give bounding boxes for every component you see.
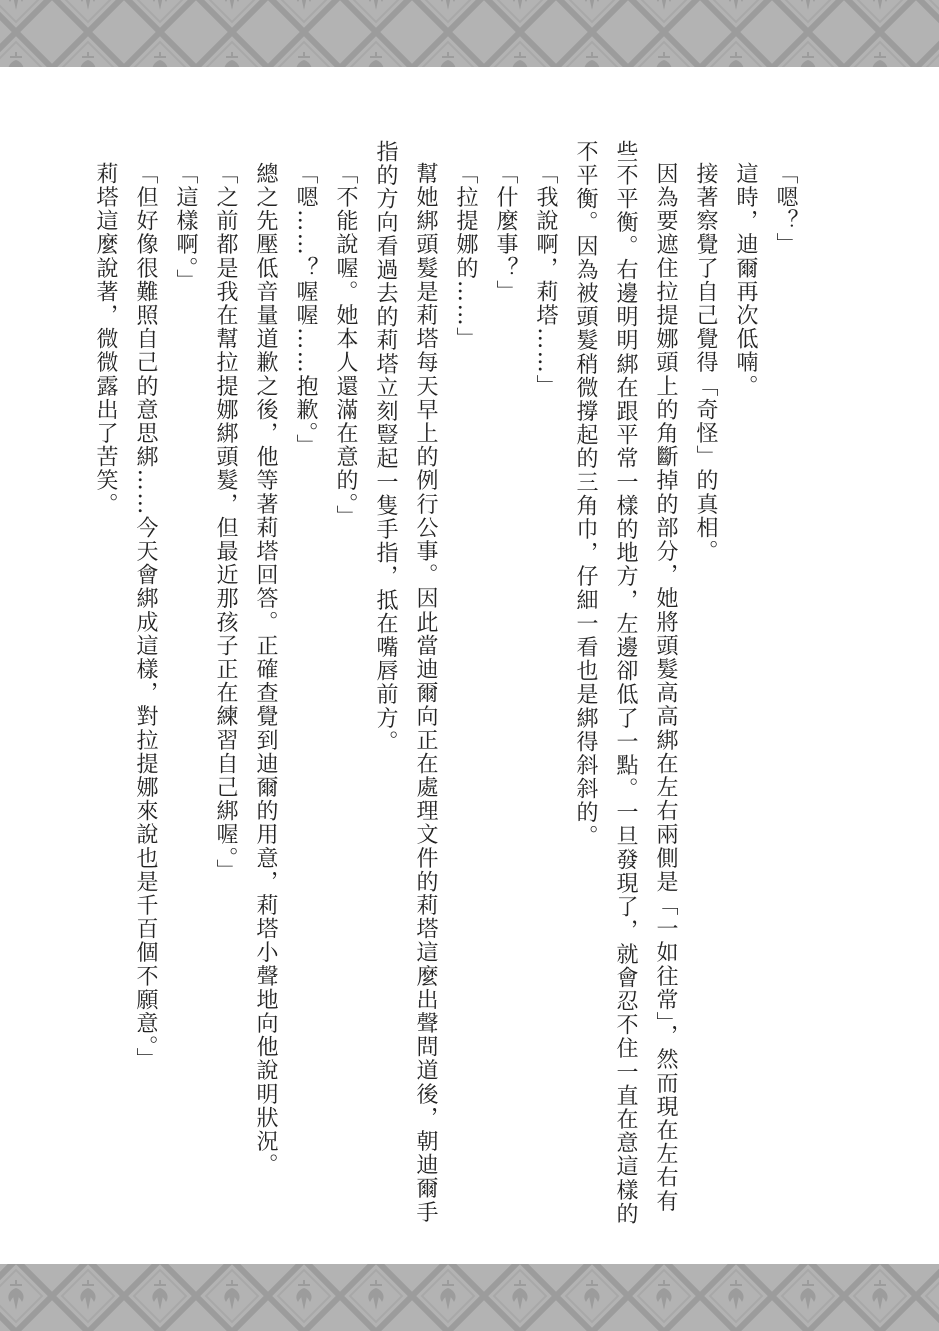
- paragraph: 「我說啊，莉塔……」: [525, 140, 565, 1230]
- decorative-header-band: [0, 0, 939, 67]
- paragraph: 這時，迪爾再次低喃。: [725, 140, 765, 1230]
- paragraph: 「嗯？」: [765, 140, 805, 1230]
- paragraph: 總之先壓低音量道歉之後，他等著莉塔回答。正確查覺到迪爾的用意，莉塔小聲地向他說明…: [245, 140, 285, 1230]
- paragraph: 「嗯……？喔喔……抱歉。」: [285, 140, 325, 1230]
- paragraph: 因為要遮住拉提娜頭上的角斷掉的部分，她將頭髮高高綁在左右兩側是「一如往常」，然而…: [565, 140, 685, 1230]
- paragraph: 「之前都是我在幫拉提娜綁頭髮，但最近那孩子正在練習自己綁喔。」: [205, 140, 245, 1230]
- vertical-text-body: 「嗯？」 這時，迪爾再次低喃。 接著察覺了自己覺得「奇怪」的真相。 因為要遮住拉…: [85, 140, 805, 1230]
- decorative-footer-band: [0, 1264, 939, 1331]
- paragraph: 接著察覺了自己覺得「奇怪」的真相。: [685, 140, 725, 1230]
- paragraph: 「但好像很難照自己的意思綁……今天會綁成這樣，對拉提娜來說也是千百個不願意。」: [125, 140, 165, 1230]
- paragraph: 「什麼事？」: [485, 140, 525, 1230]
- paragraph: 「這樣啊。」: [165, 140, 205, 1230]
- paragraph: 幫她綁頭髮是莉塔每天早上的例行公事。因此當迪爾向正在處理文件的莉塔這麼出聲問道後…: [365, 140, 445, 1230]
- fleur-de-lis-pattern-icon: [0, 0, 939, 67]
- fleur-de-lis-pattern-icon: [0, 1264, 939, 1331]
- paragraph: 莉塔這麼說著，微微露出了苦笑。: [85, 140, 125, 1230]
- paragraph: 「不能說喔。她本人還滿在意的。」: [325, 140, 365, 1230]
- paragraph: 「拉提娜的……」: [445, 140, 485, 1230]
